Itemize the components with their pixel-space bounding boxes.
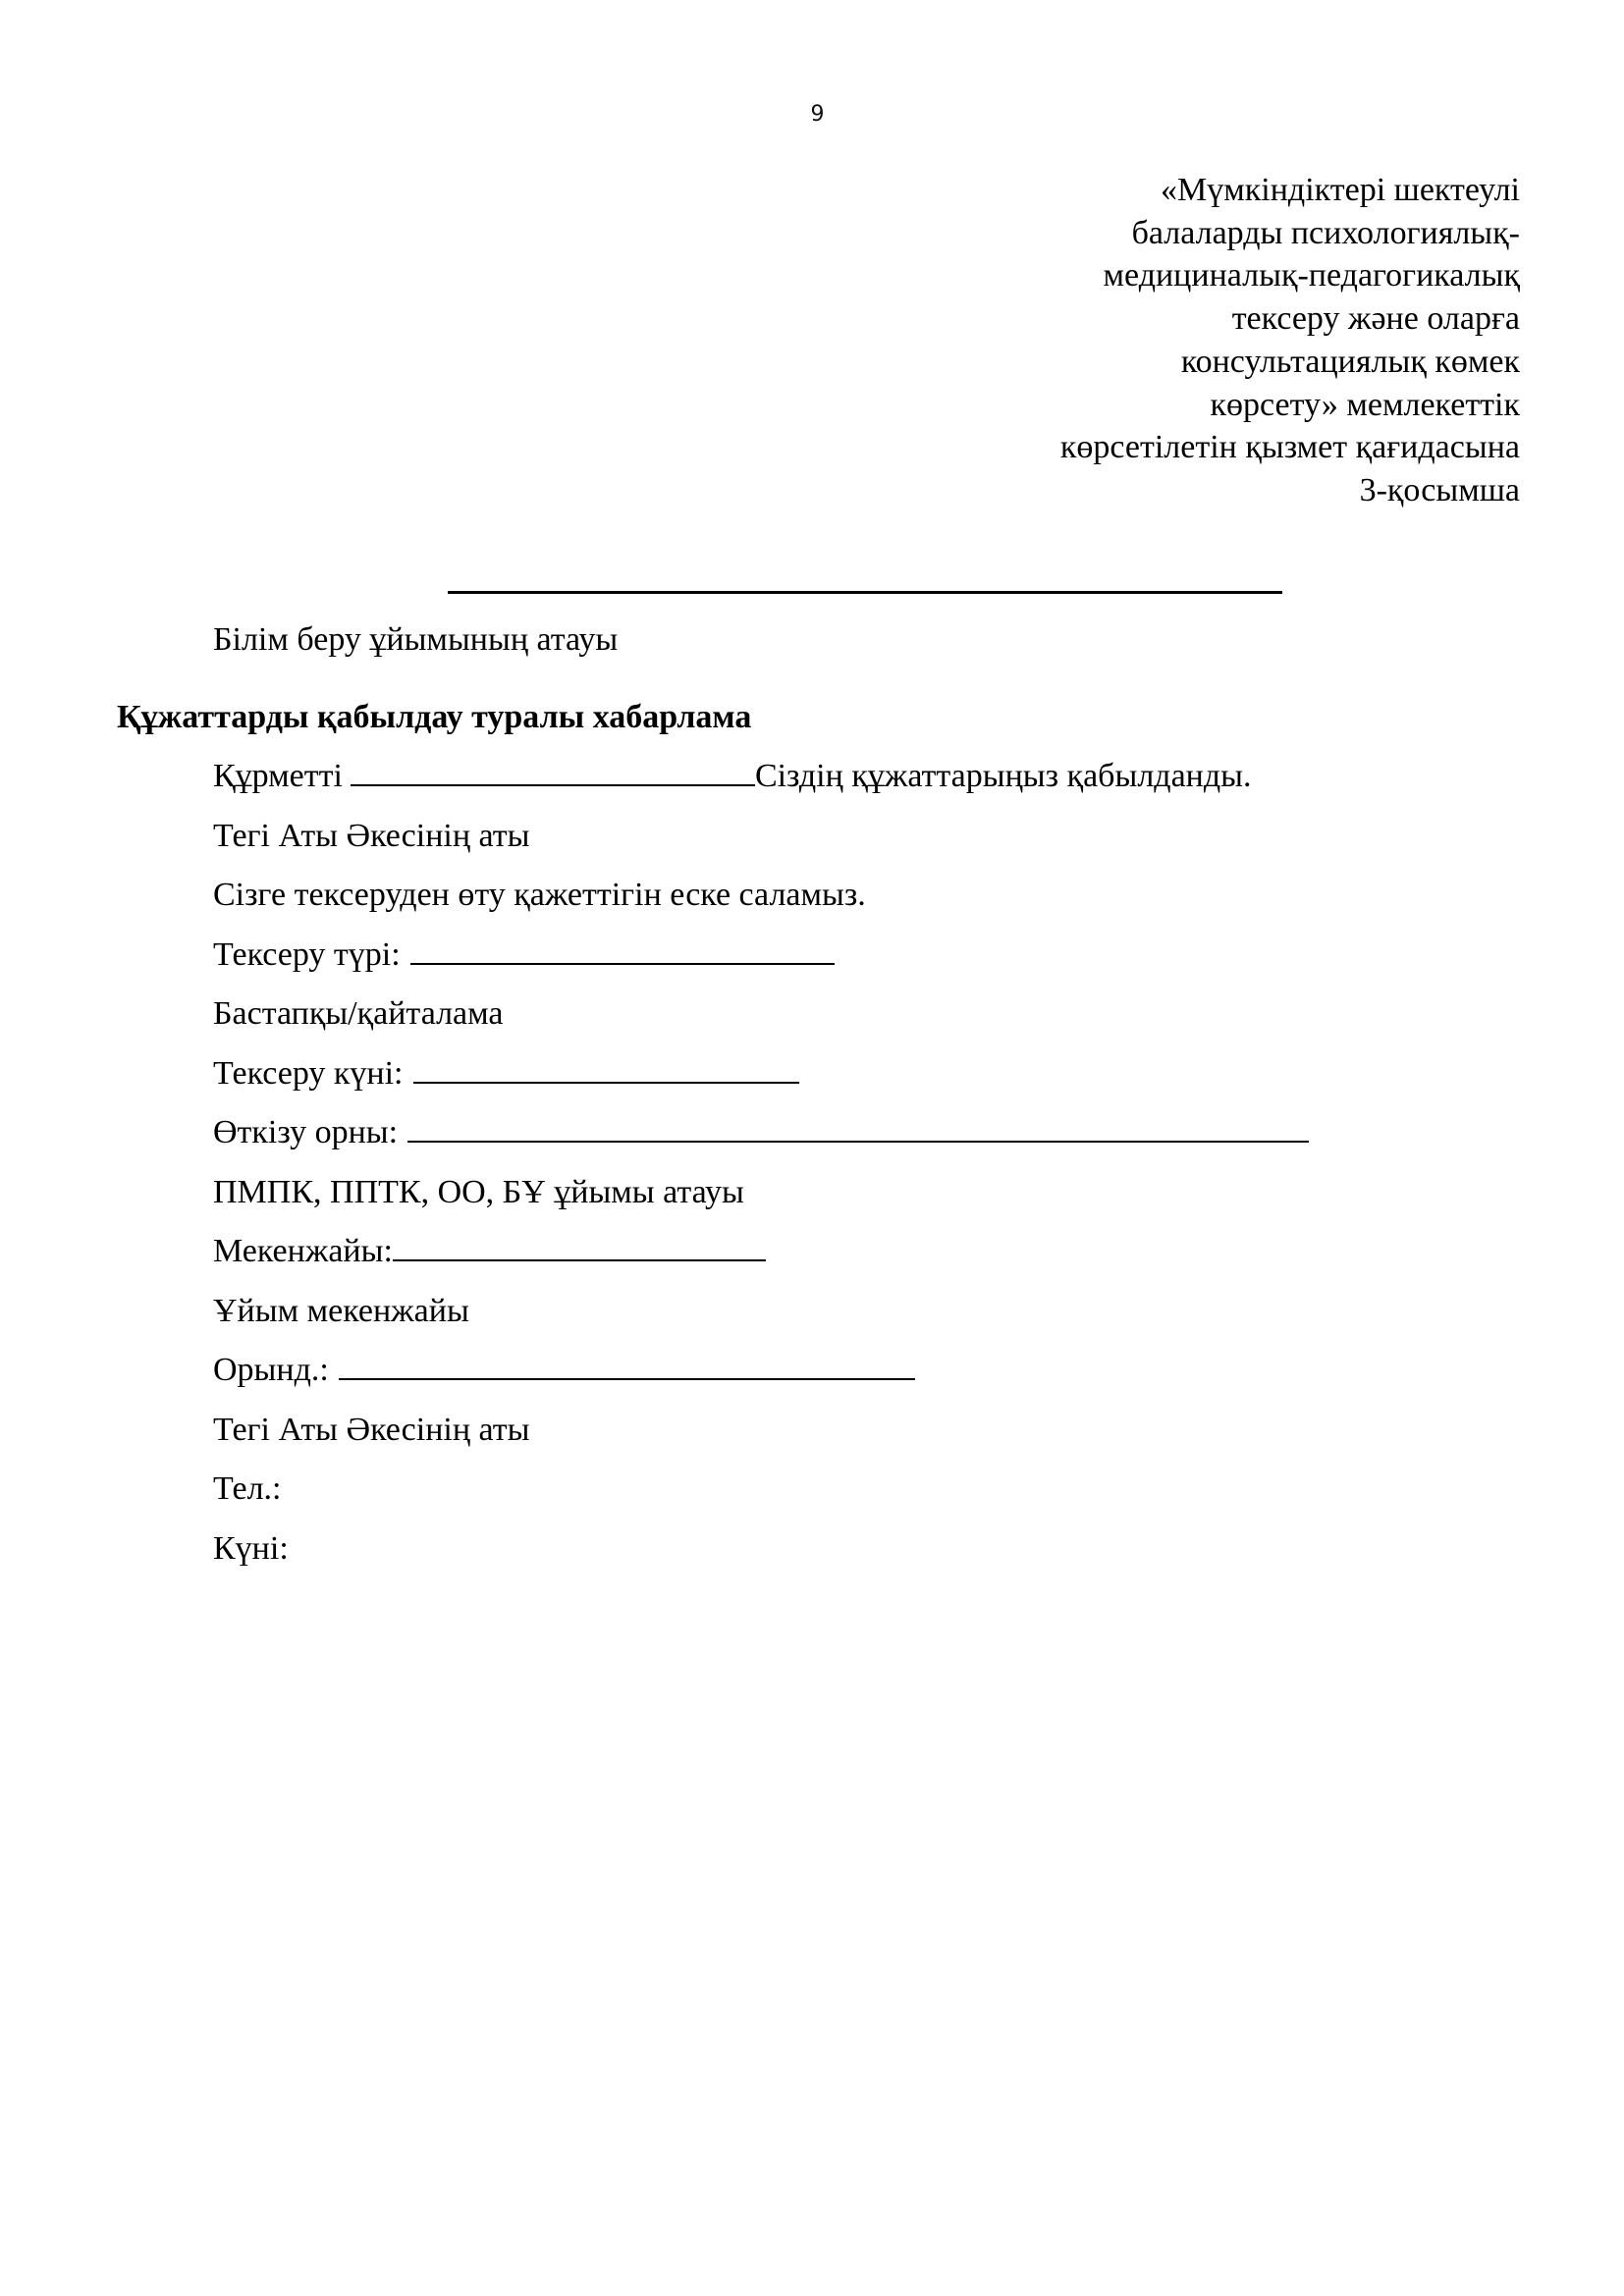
greeting-suffix: Сіздің құжаттарыңыз қабылданды. [755,758,1252,794]
document-title: Құжаттарды қабылдау туралы хабарлама [117,699,751,736]
appendix-line: 3-қосымша [833,469,1520,512]
appendix-line: консультациялық көмек [833,341,1520,384]
phone-line: Тел.: [213,1466,1489,1525]
executor-label: Орынд.: [213,1352,329,1388]
date-label: Күні: [213,1530,289,1567]
exam-date-label: Тексеру күні: [213,1055,404,1092]
date-line: Күні: [213,1525,1489,1585]
venue-caption: ПМПК, ППТК, ОО, БҰ ұйымы атауы [213,1169,1489,1229]
appendix-line: «Мүмкіндіктері шектеулі [833,169,1520,212]
exam-date-line: Тексеру күні: [213,1050,1489,1110]
venue-field[interactable] [407,1113,1309,1143]
exam-type-field[interactable] [410,935,835,965]
appendix-line: көрсету» мемлекеттік [833,384,1520,427]
recipient-name-field[interactable] [351,757,755,786]
greeting-label: Құрметті [213,758,343,794]
greeting-line: ҚұрметтіСіздің құжаттарыңыз қабылданды. [213,753,1489,813]
exam-type-line: Тексеру түрі: [213,932,1489,991]
address-caption: Ұйым мекенжайы [213,1288,1489,1348]
appendix-line: балаларды психологиялық- [833,212,1520,255]
appendix-header: «Мүмкіндіктері шектеулі балаларды психол… [833,169,1520,512]
notice-body: ҚұрметтіСіздің құжаттарыңыз қабылданды. … [213,753,1489,1584]
exam-type-caption: Бастапқы/қайталама [213,990,1489,1050]
executor-caption: Тегі Аты Әкесінің аты [213,1407,1489,1467]
executor-field[interactable] [339,1351,915,1380]
venue-line: Өткізу орны: [213,1109,1489,1169]
appendix-line: көрсетілетін қызмет қағидасына [833,426,1520,469]
phone-label: Тел.: [213,1470,281,1507]
exam-date-field[interactable] [413,1054,799,1084]
address-line: Мекенжайы: [213,1228,1489,1288]
organization-name-field[interactable] [448,591,1282,594]
venue-label: Өткізу орны: [213,1114,398,1150]
appendix-line: тексеру және оларға [833,297,1520,341]
recipient-name-caption: Тегі Аты Әкесінің аты [213,813,1489,873]
reminder-text: Сізге тексеруден өту қажеттігін еске сал… [213,872,1489,932]
appendix-line: медициналық-педагогикалық [833,254,1520,297]
organization-name-caption: Білім беру ұйымының атауы [213,621,618,659]
address-field[interactable] [393,1232,766,1261]
exam-type-label: Тексеру түрі: [213,936,401,973]
document-page: 9 «Мүмкіндіктері шектеулі балаларды псих… [0,0,1624,2296]
executor-line: Орынд.: [213,1347,1489,1407]
address-label: Мекенжайы: [213,1233,393,1269]
page-number: 9 [0,102,1624,127]
